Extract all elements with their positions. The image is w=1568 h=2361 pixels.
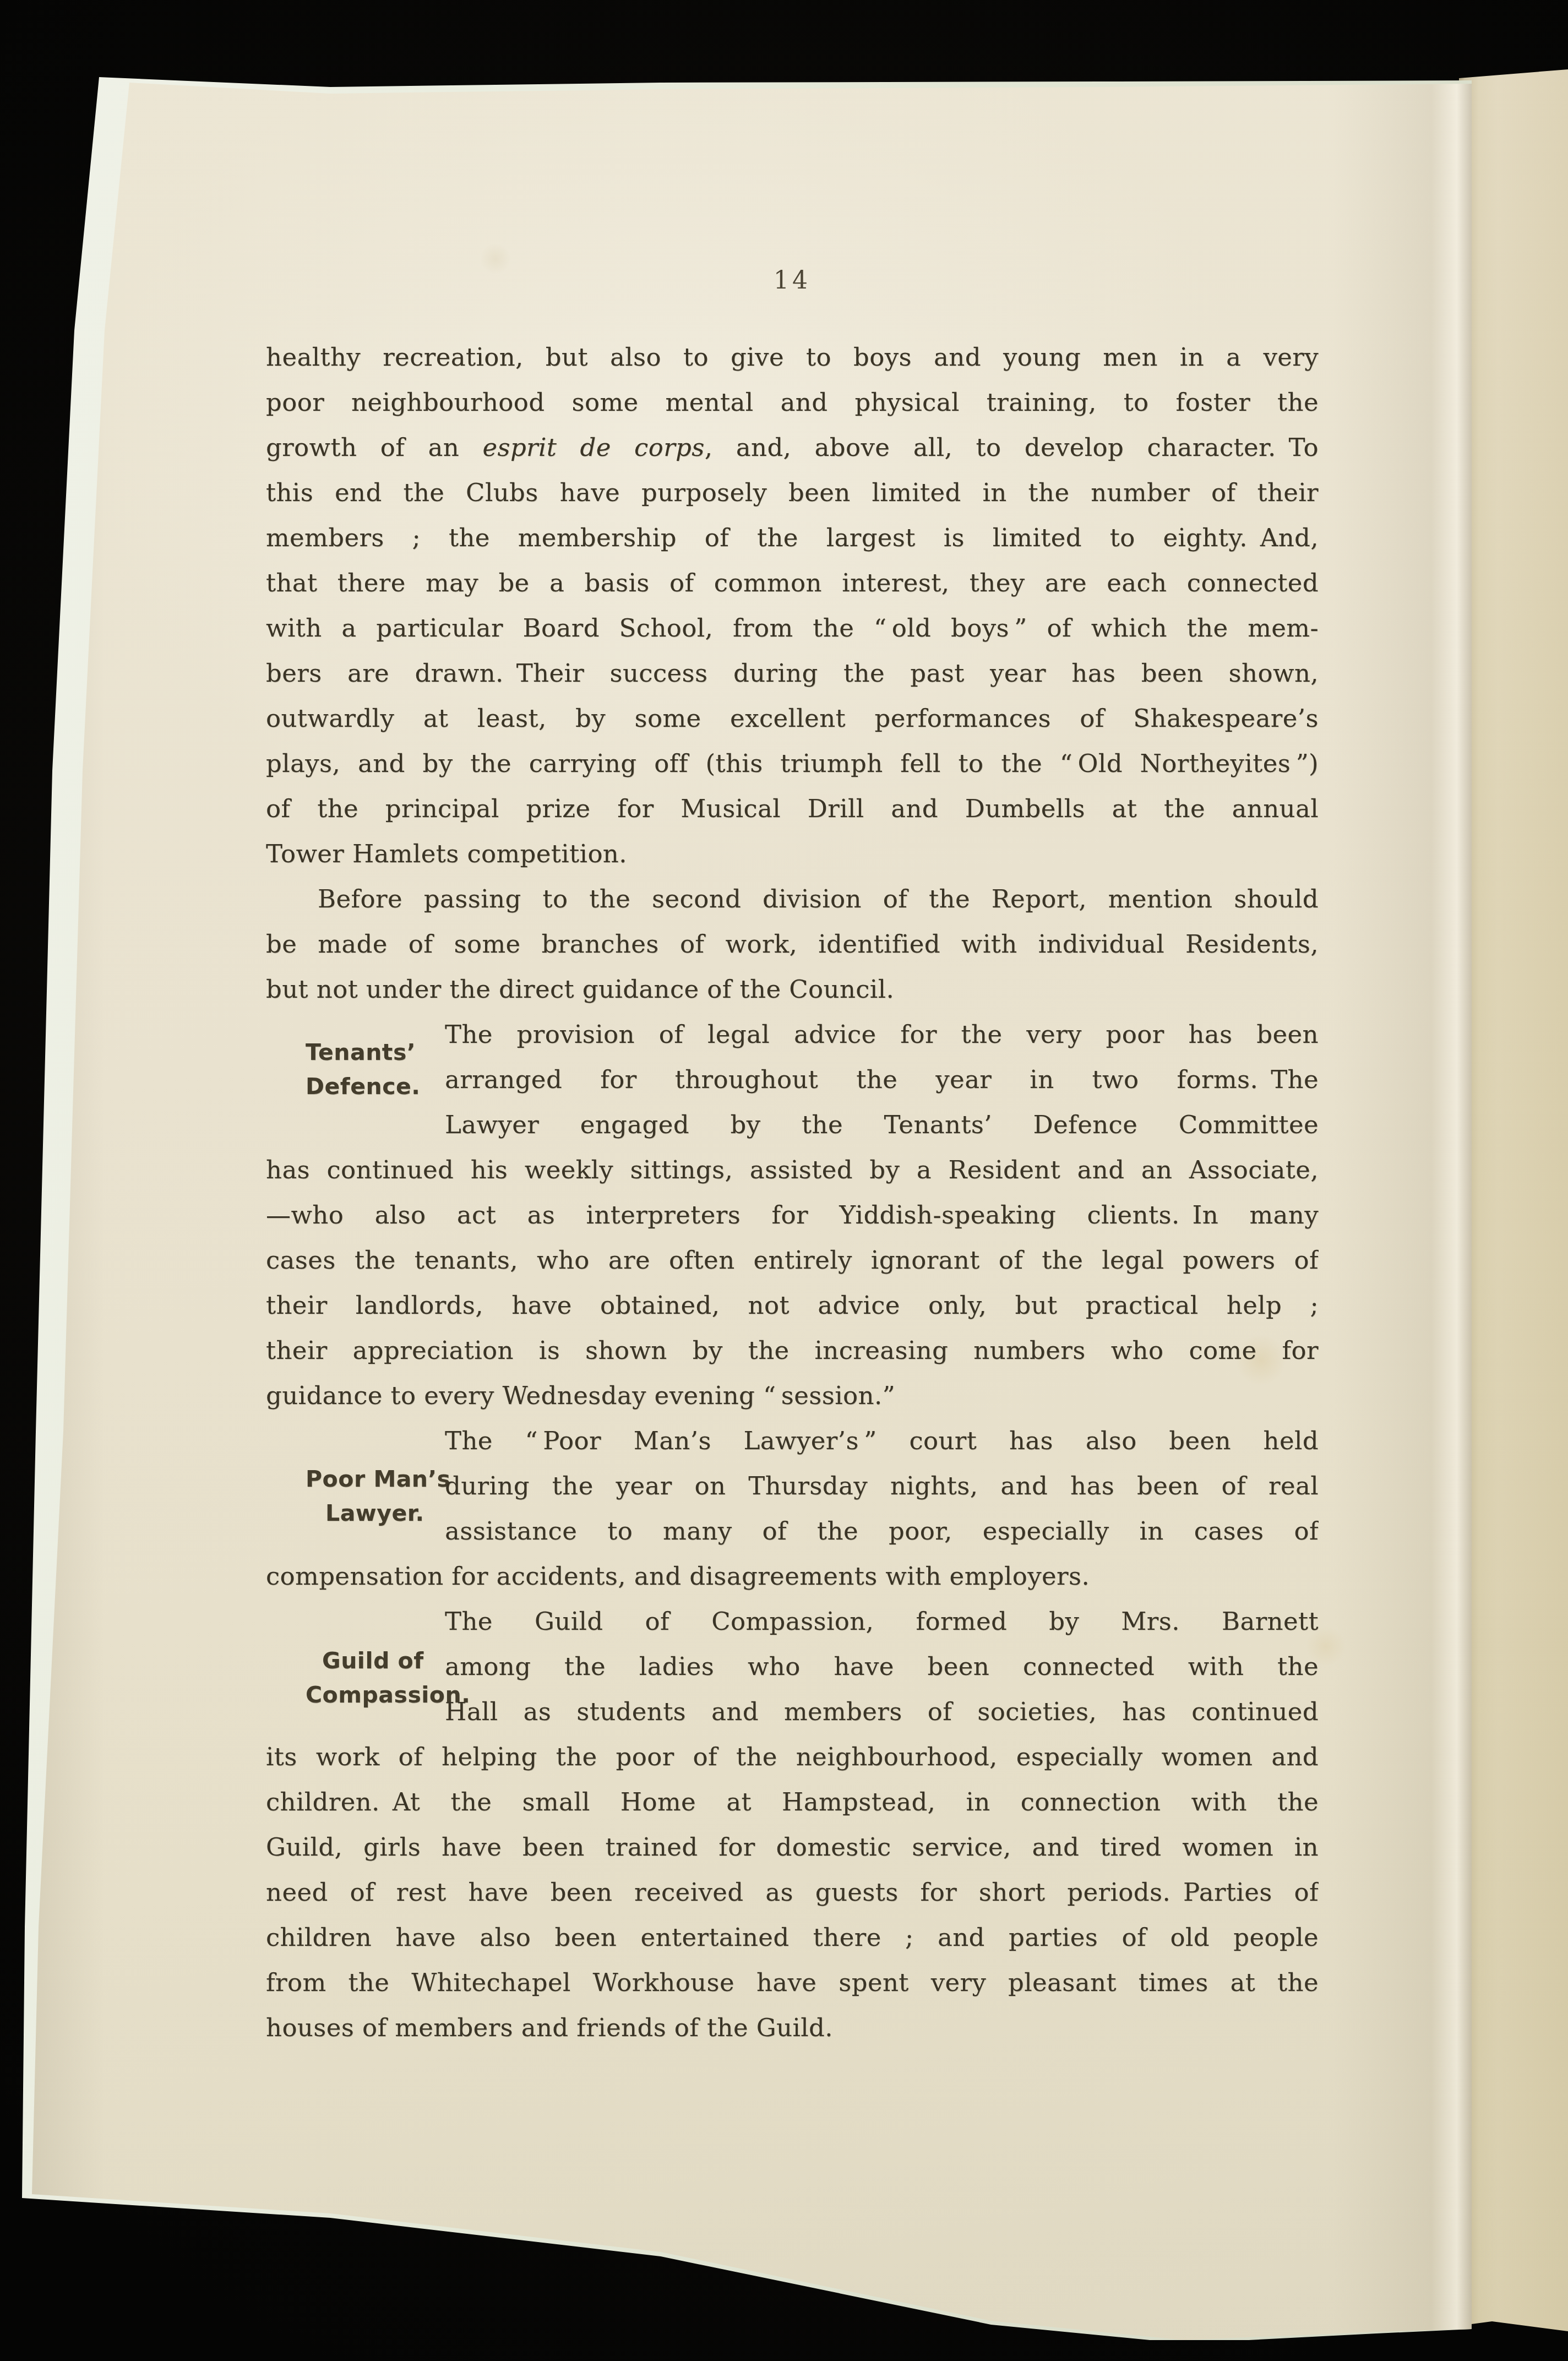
text-line: The “ Poor Man’s Lawyer’s ” court has al… — [266, 1418, 1319, 1464]
body-text-column: healthy recreation, but also to give to … — [266, 335, 1319, 2050]
text-line: assistance to many of the poor, especial… — [266, 1509, 1319, 1554]
text-line: Before passing to the second division of… — [266, 877, 1319, 922]
text-line: compensation for accidents, and disagree… — [266, 1554, 1319, 1599]
text-line: their appreciation is shown by the incre… — [266, 1328, 1319, 1373]
text-line: —who also act as interpreters for Yiddis… — [266, 1193, 1319, 1238]
book-page: 14 Tenants’ Defence. Poor Man’s Lawyer. … — [22, 77, 1472, 2340]
text-line: outwardly at least, by some excellent pe… — [266, 696, 1319, 741]
text-line: from the Whitechapel Workhouse have spen… — [266, 1960, 1319, 2005]
text-line: poor neighbourhood some mental and physi… — [266, 380, 1319, 425]
text-line: Tower Hamlets competition. — [266, 831, 1319, 877]
text-line: Hall as students and members of societie… — [266, 1689, 1319, 1734]
text-line: its work of helping the poor of the neig… — [266, 1734, 1319, 1780]
text-line: children. At the small Home at Hampstead… — [266, 1780, 1319, 1825]
text-line: members ; the membership of the largest … — [266, 515, 1319, 561]
text-line: but not under the direct guidance of the… — [266, 967, 1319, 1012]
facing-page-sliver — [1459, 69, 1568, 2331]
text-line: their landlords, have obtained, not advi… — [266, 1283, 1319, 1328]
text-line: Lawyer engaged by the Tenants’ Defence C… — [266, 1102, 1319, 1147]
text-line: The Guild of Compassion, formed by Mrs. … — [266, 1599, 1319, 1644]
text-line: Guild, girls have been trained for domes… — [266, 1825, 1319, 1870]
text-line: arranged for throughout the year in two … — [266, 1057, 1319, 1102]
text-line: healthy recreation, but also to give to … — [266, 335, 1319, 380]
text-line: of the principal prize for Musical Drill… — [266, 786, 1319, 831]
text-line: be made of some branches of work, identi… — [266, 922, 1319, 967]
text-span: , and, above all, to develop character. … — [705, 433, 1319, 462]
text-line: need of rest have been received as guest… — [266, 1870, 1319, 1915]
text-line: plays, and by the carrying off (this tri… — [266, 741, 1319, 786]
text-line: guidance to every Wednesday evening “ se… — [266, 1373, 1319, 1418]
text-span: growth of an — [266, 433, 482, 462]
text-line: The provision of legal advice for the ve… — [266, 1012, 1319, 1057]
text-line: children have also been entertained ther… — [266, 1915, 1319, 1960]
text-line: has continued his weekly sittings, assis… — [266, 1147, 1319, 1193]
text-line: cases the tenants, who are often entirel… — [266, 1238, 1319, 1283]
text-line: with a particular Board School, from the… — [266, 606, 1319, 651]
text-line: bers are drawn. Their success during the… — [266, 651, 1319, 696]
text-line: during the year on Thursday nights, and … — [266, 1464, 1319, 1509]
text-line: growth of an esprit de corps, and, above… — [266, 425, 1319, 470]
text-line: this end the Clubs have purposely been l… — [266, 470, 1319, 515]
text-line: houses of members and friends of the Gui… — [266, 2005, 1319, 2050]
page-number: 14 — [266, 266, 1319, 295]
text-line: that there may be a basis of common inte… — [266, 561, 1319, 606]
text-line: among the ladies who have been connected… — [266, 1644, 1319, 1689]
photograph-background: 14 Tenants’ Defence. Poor Man’s Lawyer. … — [0, 0, 1568, 2361]
italic-phrase: esprit de corps — [482, 433, 704, 462]
